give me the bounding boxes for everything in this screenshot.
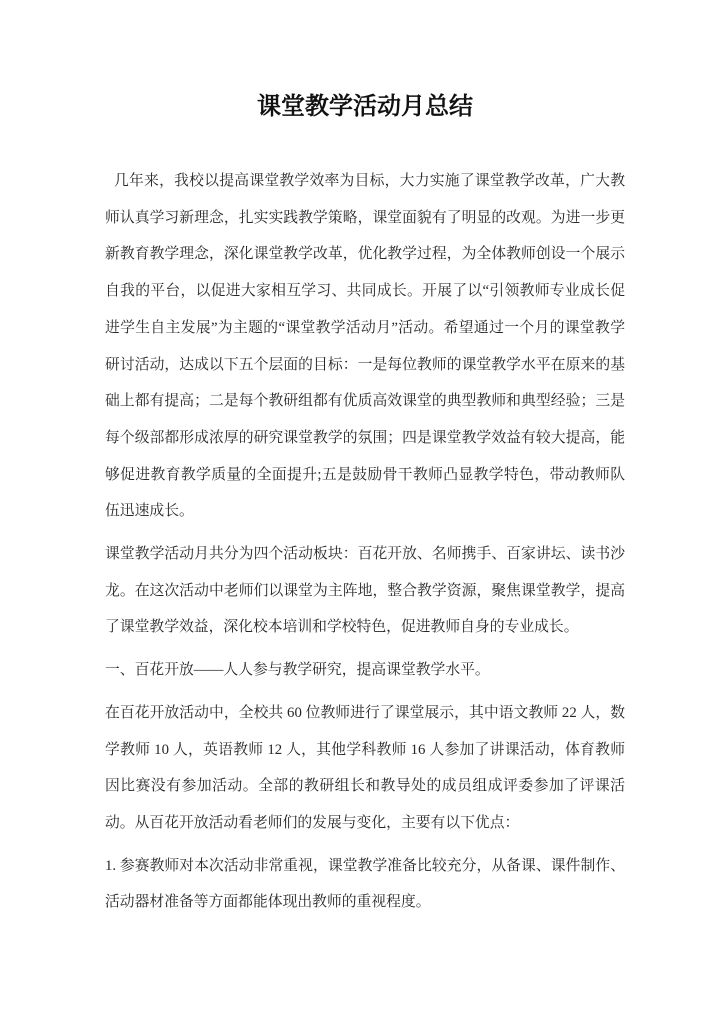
paragraph-advantage-1: 1. 参赛教师对本次活动非常重视，课堂教学准备比较充分，从备课、课件制作、活动器… bbox=[105, 848, 625, 921]
document-page: 课堂教学活动月总结 几年来，我校以提高课堂教学效率为目标，大力实施了课堂教学改革… bbox=[0, 0, 721, 1020]
document-content: 课堂教学活动月总结 几年来，我校以提高课堂教学效率为目标，大力实施了课堂教学改革… bbox=[0, 0, 721, 921]
paragraph-participation-stats: 在百花开放活动中，全校共 60 位教师进行了课堂展示，其中语文教师 22 人，数… bbox=[105, 695, 625, 842]
document-title: 课堂教学活动月总结 bbox=[105, 87, 625, 127]
section-heading-baihua: 一、百花开放——人人参与教学研究，提高课堂教学水平。 bbox=[105, 652, 625, 689]
paragraph-activity-blocks: 课堂教学活动月共分为四个活动板块：百花开放、名师携手、百家讲坛、读书沙龙。在这次… bbox=[105, 536, 625, 646]
paragraph-intro: 几年来，我校以提高课堂教学效率为目标，大力实施了课堂教学改革，广大教师认真学习新… bbox=[105, 163, 625, 530]
